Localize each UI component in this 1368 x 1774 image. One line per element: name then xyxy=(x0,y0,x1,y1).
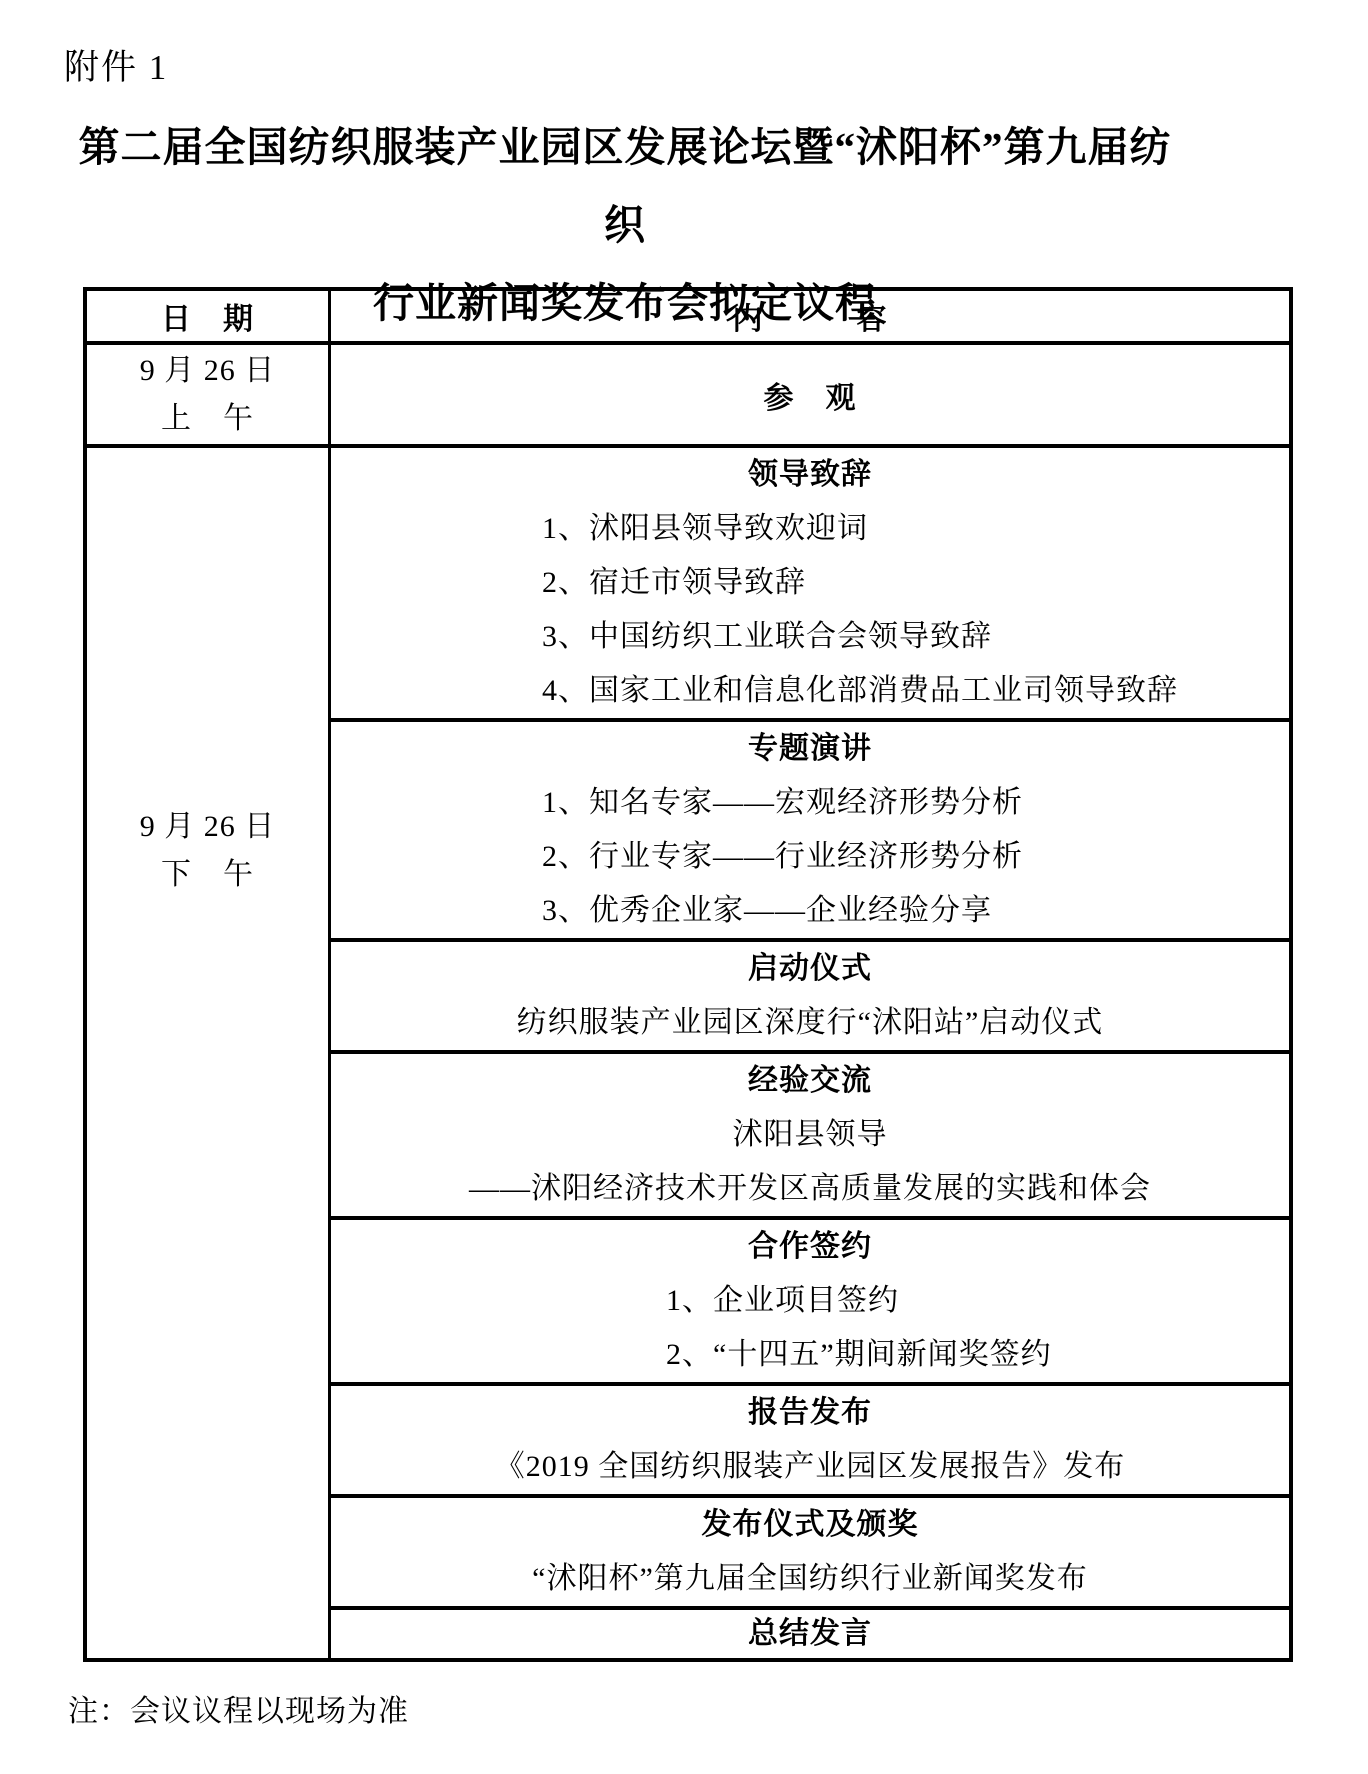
block-heading: 专题演讲 xyxy=(331,722,1289,776)
footer-note: 注：会议议程以现场为准 xyxy=(68,1686,409,1730)
block-item: 纺织服装产业园区深度行“沭阳站”启动仪式 xyxy=(331,996,1289,1050)
document-page: 附件 1 第二届全国纺织服装产业园区发展论坛暨“沭阳杯”第九届纺织 行业新闻奖发… xyxy=(0,0,1368,1774)
block-item: 2、行业专家——行业经济形势分析 xyxy=(331,830,1289,884)
afternoon-row: 9 月 26 日 下 午 领导致辞1、沭阳县领导致欢迎词2、宿迁市领导致辞3、中… xyxy=(87,448,1289,1658)
block-item: 1、沭阳县领导致欢迎词 xyxy=(331,502,1289,556)
block-heading: 发布仪式及颁奖 xyxy=(331,1498,1289,1552)
agenda-block: 领导致辞1、沭阳县领导致欢迎词2、宿迁市领导致辞3、中国纺织工业联合会领导致辞4… xyxy=(331,448,1289,722)
agenda-blocks: 领导致辞1、沭阳县领导致欢迎词2、宿迁市领导致辞3、中国纺织工业联合会领导致辞4… xyxy=(331,448,1289,1658)
block-item: 1、企业项目签约 xyxy=(331,1274,1289,1328)
morning-row: 9 月 26 日 上 午 参 观 xyxy=(87,345,1289,448)
attachment-label: 附件 1 xyxy=(64,40,168,90)
block-item: 2、“十四五”期间新闻奖签约 xyxy=(331,1328,1289,1382)
agenda-block: 报告发布《2019 全国纺织服装产业园区发展报告》发布 xyxy=(331,1386,1289,1498)
document-title-line-1: 第二届全国纺织服装产业园区发展论坛暨“沭阳杯”第九届纺织 xyxy=(60,108,1190,264)
morning-date-line-2: 上 午 xyxy=(161,395,254,443)
agenda-block: 发布仪式及颁奖“沭阳杯”第九届全国纺织行业新闻奖发布 xyxy=(331,1498,1289,1610)
block-heading: 经验交流 xyxy=(331,1054,1289,1108)
block-item: 2、宿迁市领导致辞 xyxy=(331,556,1289,610)
afternoon-content-cell: 领导致辞1、沭阳县领导致欢迎词2、宿迁市领导致辞3、中国纺织工业联合会领导致辞4… xyxy=(331,448,1289,1658)
agenda-block: 合作签约1、企业项目签约2、“十四五”期间新闻奖签约 xyxy=(331,1220,1289,1386)
block-item: “沭阳杯”第九届全国纺织行业新闻奖发布 xyxy=(331,1552,1289,1606)
table-header-row: 日 期 内 容 xyxy=(87,291,1289,345)
morning-date-cell: 9 月 26 日 上 午 xyxy=(87,345,331,444)
agenda-block: 启动仪式纺织服装产业园区深度行“沭阳站”启动仪式 xyxy=(331,942,1289,1054)
afternoon-date-line-1: 9 月 26 日 xyxy=(87,803,328,851)
block-item: 1、知名专家——宏观经济形势分析 xyxy=(331,776,1289,830)
afternoon-date-cell: 9 月 26 日 下 午 xyxy=(87,448,331,1658)
block-item: 3、中国纺织工业联合会领导致辞 xyxy=(331,610,1289,664)
block-heading: 总结发言 xyxy=(331,1610,1289,1658)
block-heading: 启动仪式 xyxy=(331,942,1289,996)
afternoon-date-block: 9 月 26 日 下 午 xyxy=(87,803,328,899)
block-heading: 报告发布 xyxy=(331,1386,1289,1440)
block-item: ——沭阳经济技术开发区高质量发展的实践和体会 xyxy=(331,1162,1289,1216)
block-item: 《2019 全国纺织服装产业园区发展报告》发布 xyxy=(331,1440,1289,1494)
header-cell-content: 内 容 xyxy=(331,291,1289,341)
afternoon-date-line-2: 下 午 xyxy=(87,851,328,899)
agenda-block: 专题演讲1、知名专家——宏观经济形势分析2、行业专家——行业经济形势分析3、优秀… xyxy=(331,722,1289,942)
morning-content-cell: 参 观 xyxy=(331,345,1289,444)
agenda-block: 经验交流沭阳县领导——沭阳经济技术开发区高质量发展的实践和体会 xyxy=(331,1054,1289,1220)
agenda-table: 日 期 内 容 9 月 26 日 上 午 参 观 9 月 26 日 下 午 领导… xyxy=(83,287,1293,1662)
block-item: 沭阳县领导 xyxy=(331,1108,1289,1162)
morning-date-line-1: 9 月 26 日 xyxy=(140,347,276,395)
block-item: 4、国家工业和信息化部消费品工业司领导致辞 xyxy=(331,664,1289,718)
block-item: 3、优秀企业家——企业经验分享 xyxy=(331,884,1289,938)
block-heading: 领导致辞 xyxy=(331,448,1289,502)
agenda-block: 总结发言 xyxy=(331,1610,1289,1658)
header-cell-date: 日 期 xyxy=(87,291,331,341)
block-heading: 合作签约 xyxy=(331,1220,1289,1274)
